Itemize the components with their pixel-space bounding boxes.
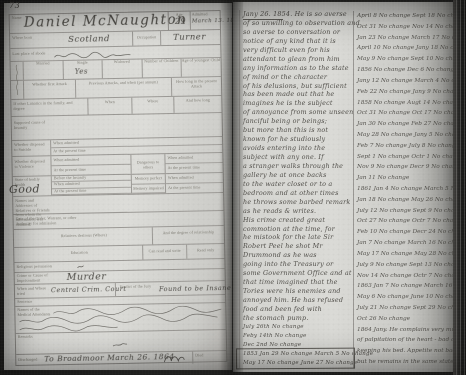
- case-note-line: so averse to conversation or: [243, 28, 356, 37]
- no-change-entry-line: April 8 No change Sept 18 No change: [357, 11, 456, 22]
- case-note-line: His crime created great: [243, 216, 356, 225]
- present-time-label: At the present time: [53, 149, 86, 154]
- no-change-entry-line: Nov 14 No change Octr 7 No change: [357, 271, 456, 282]
- case-note-line: to the water closet or to a: [243, 180, 356, 189]
- case-note-line: annoyed him. He has refused: [243, 296, 356, 305]
- remarks-label: Remarks: [18, 335, 33, 340]
- case-note-line: fanciful being or beings;: [243, 117, 356, 126]
- no-change-entries-column: April 8 No change Sept 18 No changeOct 3…: [353, 11, 456, 368]
- case-note-line: attendant to glean from him: [243, 55, 356, 64]
- no-change-entry-line: Oct 26 No change: [357, 314, 456, 325]
- no-change-entry-line: but he remains in the same state.: [357, 357, 456, 368]
- sentence-label: Sentence: [17, 300, 32, 305]
- suicide-label: Whether disposed to Suicide: [14, 142, 48, 152]
- attack-column-label: How long in the present Attack: [171, 77, 221, 96]
- attack-columns: Whether first AttackPrevious Attacks, an…: [23, 77, 221, 99]
- folio-number: 73: [9, 1, 20, 10]
- case-note-line: that time imagined that the: [243, 278, 356, 287]
- no-change-entry-line: Oct 31 No change Nov 14 No change: [357, 22, 456, 33]
- lunatics-column-label: Where: [131, 97, 173, 114]
- born-label: Where born: [12, 36, 32, 41]
- form-row-medical-note: Names of the Medical Attendants: [15, 303, 225, 334]
- violence-cells: When admitted At the present time: [50, 155, 130, 176]
- no-change-entry-line: Feb 7 No change July 8 No change: [357, 141, 456, 152]
- occupation-label-cell: Occupation: [132, 31, 160, 46]
- when-admitted-label: When admitted: [53, 158, 79, 163]
- lunatics-columns: WhenWhereAnd how long: [87, 96, 221, 115]
- case-note-line: imagines he is the subject: [243, 99, 356, 108]
- verdict-label-cell: Verdict of the Jury: [115, 282, 155, 296]
- no-change-entry-line: Oct 31 No change Oct 17 No change: [357, 108, 456, 119]
- case-note-line: has been made out that he: [243, 90, 356, 99]
- relatives-label: Relatives desirous (Where): [44, 233, 124, 239]
- case-note-line: subject with any one. If: [243, 153, 356, 162]
- case-note-line: avoids entering into the: [243, 144, 356, 153]
- page-edge-stack: [453, 0, 466, 375]
- no-change-entry-line: April 10 No change Jany 18 No change: [357, 43, 456, 54]
- crime-value: Murder: [67, 271, 107, 283]
- marital-columns: MarriedSingleWidowedNumber of ChildrenAg…: [23, 58, 221, 80]
- case-note-line: Robert Peel he shot Mr: [243, 242, 356, 251]
- no-change-entry-line: 1856 No change Dec 6 No change: [357, 65, 456, 76]
- marital-column-label: Number of Children: [141, 59, 181, 78]
- education-label: Education: [54, 250, 104, 256]
- no-change-entry-line: July 21 No change Sept 29 No change: [357, 303, 456, 314]
- no-change-entry-line: May 9 No change Sept 10 No change: [357, 54, 456, 65]
- admission-form: Name Daniel McNaughton Age 29 Admitted M…: [9, 10, 228, 366]
- present-time-label: At the present time: [54, 168, 87, 173]
- admitted-label: Admitted: [192, 12, 208, 17]
- present-time-label: At the present time: [168, 185, 201, 190]
- case-note-line: Feby 14th No change: [243, 332, 356, 341]
- illegible-note-scribble: [17, 305, 223, 333]
- case-note-line: commotion at the time, for: [243, 225, 356, 234]
- no-change-entry-line: Jan 30 No change Feb 27 No change: [357, 119, 456, 130]
- case-note-line: he mistook for the late Sir: [243, 233, 356, 242]
- dangerous-label: Dangerous to others: [130, 154, 164, 174]
- discharged-value: To Broadmoor March 26. 1864: [44, 352, 175, 364]
- attack-column-label: Previous Attacks, and when (per annum): [75, 78, 171, 98]
- occupation-value-cell: Turner: [160, 30, 220, 45]
- no-change-entry-line: of palpitation of the heart - bad at tim…: [357, 335, 456, 346]
- tried-label: When and Where tried: [17, 286, 49, 296]
- case-note-line: bedroom and at other times: [243, 189, 356, 198]
- no-change-entry-line: Nov 9 No change Decr 9 No change: [357, 162, 456, 173]
- no-change-entry-line: May 28 No change Jany 5 No change: [357, 130, 456, 141]
- no-change-entry-line: Sept 1 No change Octr 1 No change: [357, 152, 456, 163]
- no-change-entry-line: 1864 Jany. He complains very much: [357, 325, 456, 336]
- read-write-label: Can read and write: [143, 249, 186, 255]
- when-admitted-label: When admitted: [167, 156, 193, 161]
- marital-column-label: Widowed: [102, 60, 142, 79]
- no-change-entry-line: 1861 Jan 4 No change March 5 No change: [357, 184, 456, 195]
- case-note-line: going into the Treasury or: [243, 260, 356, 269]
- abode-label: Last place of abode: [12, 51, 48, 56]
- no-change-entry-line: 1863 Jan 7 No change March 16 No change: [357, 281, 456, 292]
- occupation-value: Turner: [173, 32, 206, 43]
- no-change-entry-line: Oct 27 No change Octr 7 No change: [357, 216, 456, 227]
- age-value: 29: [175, 17, 186, 26]
- violence-label: Whether disposed to Violence: [14, 159, 48, 169]
- attack-column-label: Whether first Attack: [23, 80, 75, 99]
- lunatics-column-label: When: [87, 98, 131, 115]
- no-change-entry-line: Feb 10 No change Decr 24 No change: [357, 227, 456, 238]
- no-change-entry-line: 1858 No change Augt 14 No change: [357, 98, 456, 109]
- small-pen-mark: [76, 264, 84, 270]
- health-value: Good: [9, 182, 40, 196]
- name-value: Daniel McNaughton: [24, 12, 188, 31]
- religion-label: Religious persuasion: [16, 264, 52, 269]
- no-change-entry-line: May 17 No change May 28 No change: [357, 249, 456, 260]
- case-note-line: notice of any kind that it is: [243, 37, 356, 46]
- pen-box-outline: [236, 348, 355, 370]
- health-subrows: Before the InsanityWhen admittedAt the p…: [51, 175, 131, 196]
- no-change-entry-line: Feb 22 No change Jany 9 No change: [357, 87, 456, 98]
- no-change-entry-line: Jan 11 No change: [357, 173, 456, 184]
- case-note-line: Tories were his enemies and: [243, 287, 356, 296]
- case-note-line: very difficult even for his: [243, 46, 356, 55]
- no-change-entry-line: May 6 No change June 10 No change: [357, 292, 456, 303]
- relationship-cell: And the degree of relationship: [152, 226, 224, 244]
- present-time-label: At the present time: [168, 165, 201, 170]
- case-note-line: the stomach pump.: [243, 314, 356, 323]
- case-note-line: any information as to the state: [243, 64, 356, 73]
- left-page: 73 Name Daniel McNaughton Age 29 Admitte…: [4, 3, 232, 370]
- case-note-line: gallery he at once backs: [243, 171, 356, 180]
- no-change-entry-line: Jan 18 No change May 26 No change: [357, 195, 456, 206]
- marital-value: Yes: [75, 68, 88, 76]
- discharged-label: Discharged: [18, 358, 37, 363]
- order-label: Date of the Order, Warrant, or other Aut…: [16, 216, 86, 227]
- occupation-label: Occupation: [133, 35, 160, 40]
- read-write-cell: Can read and write: [142, 245, 186, 260]
- case-note-line: Drummond as he was: [243, 251, 356, 260]
- no-change-entry-line: Jan 7 No change March 16 No change: [357, 238, 456, 249]
- case-note-line: food and been fed with: [243, 305, 356, 314]
- dangerous-cells: When admitted At the present time: [164, 153, 222, 173]
- case-note-line: a stranger walks through the: [243, 162, 356, 171]
- admitted-cell: Admitted March 13. 1843: [190, 11, 220, 30]
- small-pen-mark: [112, 342, 128, 348]
- verdict-label: Verdict of the Jury: [117, 284, 154, 290]
- marital-column-label: Age of youngest Child: [181, 58, 221, 77]
- book-gutter-shadow: [219, 0, 243, 375]
- case-note-line: July 26th No change: [243, 323, 356, 332]
- case-note-line: of his delusions, but sufficient: [243, 82, 356, 91]
- case-note-line: Jany 26. 1854. He is so averse: [243, 10, 356, 19]
- scanned-casebook-photo: 73 Name Daniel McNaughton Age 29 Admitte…: [0, 0, 466, 375]
- memory-label: Memory impaired: [132, 184, 165, 194]
- side-strip-2: [11, 81, 23, 99]
- cause-label: Supposed cause of Insanity: [14, 120, 48, 130]
- case-note-column: Jany 26. 1854. He is so averseof so unwi…: [239, 10, 356, 368]
- initials-scribble: [162, 353, 186, 364]
- case-note-line: of so unwilling to observation and: [243, 19, 356, 28]
- marital-column-label: Married: [23, 61, 63, 80]
- side-strip: [11, 62, 23, 80]
- when-admitted-label: When admitted: [168, 176, 194, 181]
- no-change-entry-line: July 12 No change Sept 9 No change: [357, 206, 456, 217]
- name-label: Name: [12, 16, 22, 21]
- lunatics-column-label: And how long: [173, 96, 221, 113]
- case-note-line: he throws some barbed remark: [243, 198, 356, 207]
- case-note-line: but more than this is not: [243, 126, 356, 135]
- born-value: Scotland: [68, 34, 110, 45]
- no-change-entry-line: keeping his bed. Appetite not bad: [357, 346, 456, 357]
- no-change-entry-line: Jany 12 No change March 4 No change: [357, 76, 456, 87]
- case-note-line: of annoyance from some unseen: [243, 108, 356, 117]
- right-page: Jany 26. 1854. He is so averseof so unwi…: [233, 2, 454, 372]
- memory-labels: Memory perfectMemory impaired: [131, 174, 165, 194]
- died-label: Died: [195, 353, 203, 358]
- no-change-entry-line: Jan 23 No change March 17 No change: [357, 33, 456, 44]
- case-note-line: some Government Office and at: [243, 269, 356, 278]
- age-cell: Age 29: [168, 12, 190, 30]
- lunatics-label: If other Lunatics in the family, and deg…: [13, 101, 83, 112]
- case-note-line: of mind or the character: [243, 73, 356, 82]
- case-note-line: as he reads & writes.: [243, 207, 356, 216]
- when-admitted-label: When admitted: [53, 141, 79, 146]
- no-change-entry-line: July 9 No change Sept 13 No change: [357, 260, 456, 271]
- memory-cells: When admitted At the present time: [165, 173, 223, 193]
- case-note-line: known for he studiously: [243, 135, 356, 144]
- crime-label: Crime or Cause of Imprisonment: [17, 273, 53, 283]
- relationship-label: And the degree of relationship: [157, 230, 220, 236]
